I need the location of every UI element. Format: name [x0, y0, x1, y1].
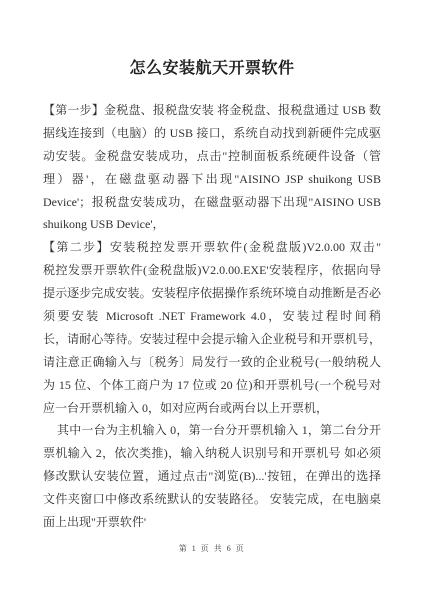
- document-line: 税控发票开票软件(金税盘版)V2.0.00.EXE'安装程序，依据向导: [43, 259, 381, 282]
- document-line: shuikong USB Device'，: [43, 213, 381, 236]
- document-line: 文件夹窗口中修改系统默认的安装路径。 安装完成，在电脑桌: [43, 488, 381, 511]
- document-line: 动安装。金税盘安装成功，点击"控制面板系统硬件设备（管: [43, 145, 381, 168]
- document-line: 【第二步】安装税控发票开票软件(金税盘版)V2.0.00 双击": [43, 236, 381, 259]
- document-line: 面上出现"开票软件': [43, 511, 381, 534]
- document-line: 为 15 位、个体工商户为 17 位或 20 位)和开票机号(一个税号对: [43, 374, 381, 397]
- document-line: 理）器'，在磁盘驱动器下出现"AISINO JSP shuikong USB: [43, 168, 381, 191]
- document-page: 怎么安装航天开票软件 【第一步】金税盘、报税盘安装 将金税盘、报税盘通过 USB…: [0, 0, 424, 600]
- page-number-footer: 第 1 页 共 6 页: [0, 543, 424, 554]
- document-line: 长，请耐心等待。安装过程中会提示输入企业税号和开票机号，: [43, 328, 381, 351]
- document-line: Device'；报税盘安装成功，在磁盘驱动器下出现"AISINO USB: [43, 191, 381, 214]
- document-line: 提示逐步完成安装。安装程序依据操作系统环境自动推断是否必: [43, 282, 381, 305]
- document-line: 【第一步】金税盘、报税盘安装 将金税盘、报税盘通过 USB 数: [43, 99, 381, 122]
- document-line: 请注意正确输入与〔税务〕局发行一致的企业税号(一般纳税人: [43, 351, 381, 374]
- document-line: 须要安装 Microsoft .NET Framework 4.0，安装过程时间…: [43, 305, 381, 328]
- document-title: 怎么安装航天开票软件: [0, 58, 424, 80]
- document-line: 据线连接到（电脑）的 USB 接口，系统自动找到新硬件完成驱: [43, 122, 381, 145]
- document-line: 其中一台为主机输入 0，第一台分开票机输入 1，第二台分开: [43, 419, 381, 442]
- document-line: 应一台开票机输入 0，如对应两台或两台以上开票机，: [43, 397, 381, 420]
- document-line: 修改默认安装位置，通过点击"浏览(B)...'按钮，在弹出的选择: [43, 465, 381, 488]
- document-line: 票机输入 2，依次类推)，输入纳税人识别号和开票机号 如必须: [43, 442, 381, 465]
- document-body: 【第一步】金税盘、报税盘安装 将金税盘、报税盘通过 USB 数据线连接到（电脑）…: [43, 99, 381, 534]
